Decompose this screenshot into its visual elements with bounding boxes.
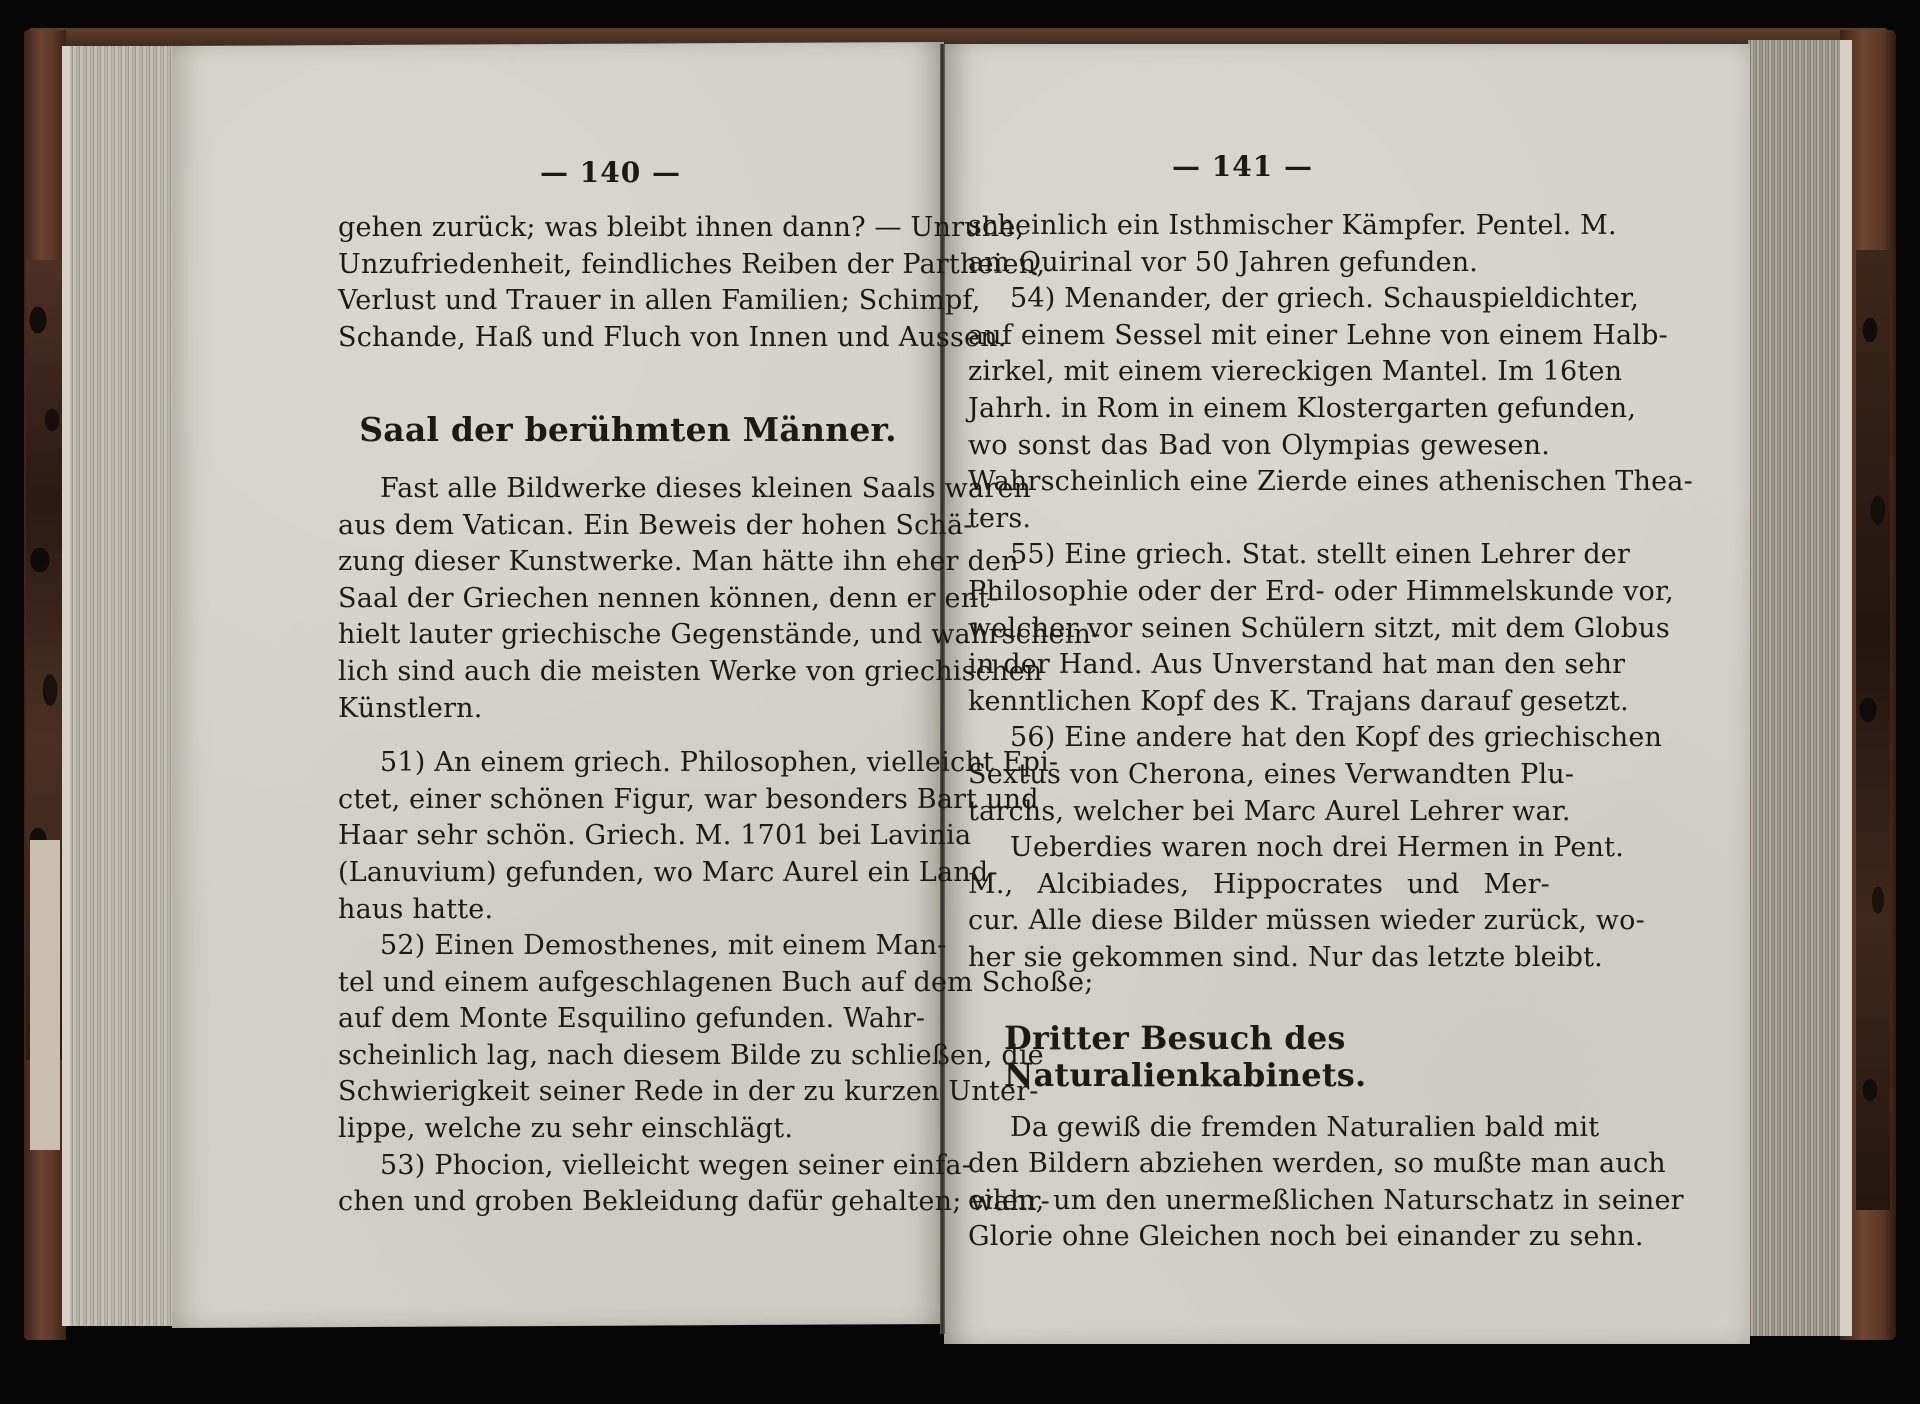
text-line: Da gewiß die fremden Naturalien bald mit [968, 1110, 1550, 1147]
text-line: Haar sehr schön. Griech. M. 1701 bei Lav… [338, 818, 918, 855]
right-page-text: scheinlich ein Isthmischer Kämpfer. Pent… [968, 208, 1550, 1256]
paragraph-item-53: 53) Phocion, vielleicht wegen seiner ein… [338, 1148, 918, 1221]
page-stack-right [1748, 40, 1852, 1336]
page-stack-left [62, 46, 182, 1326]
text-line: Schwierigkeit seiner Rede in der zu kurz… [338, 1074, 918, 1111]
paragraph-item-56: 56) Eine andere hat den Kopf des griechi… [968, 720, 1550, 830]
text-line: (Lanuvium) gefunden, wo Marc Aurel ein L… [338, 855, 918, 892]
text-line: her sie gekommen sind. Nur das letzte bl… [968, 940, 1550, 977]
text-line: scheinlich lag, nach diesem Bilde zu sch… [338, 1038, 918, 1075]
text-line: cur. Alle diese Bilder müssen wieder zur… [968, 903, 1550, 940]
text-line: auf einem Sessel mit einer Lehne von ein… [968, 318, 1550, 355]
text-line: 53) Phocion, vielleicht wegen seiner ein… [338, 1148, 918, 1185]
text-line: Ueberdies waren noch drei Hermen in Pent… [968, 830, 1550, 867]
text-line: hielt lauter griechische Gegenstände, un… [338, 617, 918, 654]
text-line: Philosophie oder der Erd- oder Himmelsku… [968, 574, 1550, 611]
text-line: gehen zurück; was bleibt ihnen dann? — U… [338, 210, 918, 247]
text-line: 55) Eine griech. Stat. stellt einen Lehr… [968, 537, 1550, 574]
text-line: 51) An einem griech. Philosophen, vielle… [338, 745, 918, 782]
section-heading: Dritter Besuch des Naturalienkabinets. [968, 1020, 1550, 1093]
page-number-left: — 140 — [540, 156, 681, 189]
paragraph-continuation: gehen zurück; was bleibt ihnen dann? — U… [338, 210, 918, 356]
text-line: Schande, Haß und Fluch von Innen und Aus… [338, 320, 918, 357]
text-line: 52) Einen Demosthenes, mit einem Man- [338, 928, 918, 965]
paragraph-hermen: Ueberdies waren noch drei Hermen in Pent… [968, 830, 1550, 976]
text-line: wo sonst das Bad von Olympias gewesen. [968, 428, 1550, 465]
text-line: Wahrscheinlich eine Zierde eines athenis… [968, 464, 1550, 501]
text-line: Saal der Griechen nennen können, denn er… [338, 581, 918, 618]
text-line: Glorie ohne Gleichen noch bei einander z… [968, 1219, 1550, 1256]
text-line: den Bildern abziehen werden, so mußte ma… [968, 1146, 1550, 1183]
text-line: M., Alcibiades, Hippocrates und Mer- [968, 867, 1550, 904]
text-line: tel und einem aufgeschlagenen Buch auf d… [338, 965, 918, 1002]
paragraph-item-53-cont: scheinlich ein Isthmischer Kämpfer. Pent… [968, 208, 1550, 281]
text-line: lich sind auch die meisten Werke von gri… [338, 654, 918, 691]
text-line: ctet, einer schönen Figur, war besonders… [338, 782, 918, 819]
text-line: 56) Eine andere hat den Kopf des griechi… [968, 720, 1550, 757]
open-book: — 140 — gehen zurück; was bleibt ihnen d… [0, 0, 1920, 1404]
text-line: tarchs, welcher bei Marc Aurel Lehrer wa… [968, 794, 1550, 831]
text-line: lippe, welche zu sehr einschlägt. [338, 1111, 918, 1148]
text-line: auf dem Monte Esquilino gefunden. Wahr- [338, 1001, 918, 1038]
text-line: haus hatte. [338, 892, 918, 929]
text-line: Verlust und Trauer in allen Familien; Sc… [338, 283, 918, 320]
paragraph-item-54: 54) Menander, der griech. Schauspieldich… [968, 281, 1550, 537]
text-line: zirkel, mit einem viereckigen Mantel. Im… [968, 354, 1550, 391]
paragraph-item-55: 55) Eine griech. Stat. stellt einen Lehr… [968, 537, 1550, 720]
paragraph-item-52: 52) Einen Demosthenes, mit einem Man- te… [338, 928, 918, 1148]
paragraph-item-51: 51) An einem griech. Philosophen, vielle… [338, 745, 918, 928]
text-line: scheinlich ein Isthmischer Kämpfer. Pent… [968, 208, 1550, 245]
text-line: welcher vor seinen Schülern sitzt, mit d… [968, 611, 1550, 648]
text-line: eilen, um den unermeßlichen Naturschatz … [968, 1183, 1550, 1220]
text-line: Unzufriedenheit, feindliches Reiben der … [338, 247, 918, 284]
text-line: aus dem Vatican. Ein Beweis der hohen Sc… [338, 508, 918, 545]
section-heading: Saal der berühmten Männer. [338, 412, 918, 449]
page-number-right: — 141 — [1172, 150, 1313, 183]
text-line: in der Hand. Aus Unverstand hat man den … [968, 647, 1550, 684]
text-line: Fast alle Bildwerke dieses kleinen Saals… [338, 471, 918, 508]
flyleaf-left [30, 840, 60, 1150]
text-line: Jahrh. in Rom in einem Klostergarten gef… [968, 391, 1550, 428]
left-page-text: gehen zurück; was bleibt ihnen dann? — U… [338, 210, 918, 1221]
text-line: 54) Menander, der griech. Schauspieldich… [968, 281, 1550, 318]
text-line: zung dieser Kunstwerke. Man hätte ihn eh… [338, 544, 918, 581]
paragraph-naturalien: Da gewiß die fremden Naturalien bald mit… [968, 1110, 1550, 1256]
paragraph-intro: Fast alle Bildwerke dieses kleinen Saals… [338, 471, 918, 727]
text-line: Sextus von Cherona, eines Verwandten Plu… [968, 757, 1550, 794]
text-line: ters. [968, 501, 1550, 538]
text-line: chen und groben Bekleidung dafür gehalte… [338, 1184, 918, 1221]
text-line: am Quirinal vor 50 Jahren gefunden. [968, 245, 1550, 282]
text-line: Künstlern. [338, 691, 918, 728]
text-line: kenntlichen Kopf des K. Trajans darauf g… [968, 684, 1550, 721]
marbled-board-right [1856, 250, 1890, 1210]
